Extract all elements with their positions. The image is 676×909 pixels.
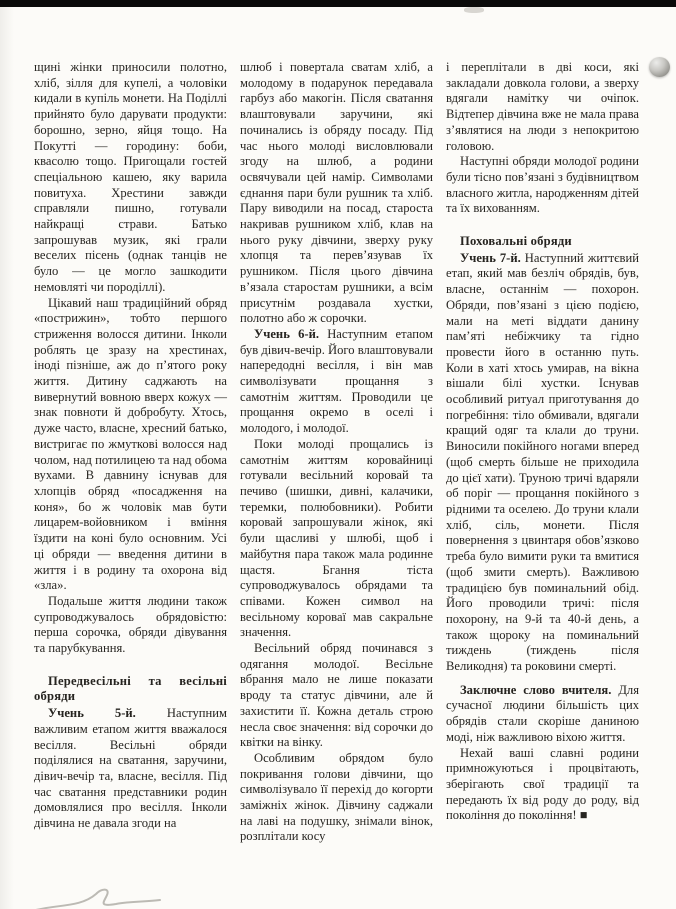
paragraph: Поки молоді прощались із самотнім життям… xyxy=(240,437,433,641)
paragraph-lead: Учень 6-й. xyxy=(254,327,319,341)
section-heading: Передвесільні та весільні обряди xyxy=(34,674,227,705)
section-heading: Поховальні обряди xyxy=(446,234,639,250)
paragraph: Заключне слово вчителя. Для сучасної люд… xyxy=(446,683,639,746)
text-column-3: і переплітали в дві коси, які закладали … xyxy=(446,60,639,875)
paragraph: Весільний обряд починався з одягання мол… xyxy=(240,641,433,751)
pencil-mark xyxy=(28,885,178,909)
paragraph-lead: Заключне слово вчителя. xyxy=(460,683,611,697)
paragraph-lead: Учень 5-й. xyxy=(48,706,136,720)
paragraph: Учень 6-й. Наступним етапом був дівич-ве… xyxy=(240,327,433,437)
paragraph-lead: Учень 7-й. xyxy=(460,251,521,265)
sticker-ball xyxy=(649,57,670,77)
text-column-1: щині жінки приносили полотно, хліб, зілл… xyxy=(34,60,227,875)
scan-edge-shading xyxy=(0,0,14,909)
scan-top-bar xyxy=(0,0,676,7)
paragraph: Учень 5-й. Наступним важливим етапом жит… xyxy=(34,706,227,832)
paragraph: шлюб і повертала сватам хліб, а молодому… xyxy=(240,60,433,327)
paragraph: щині жінки приносили полотно, хліб, зілл… xyxy=(34,60,227,296)
paragraph: і переплітали в дві коси, які закладали … xyxy=(446,60,639,154)
paragraph: Наступні обряди молодої родини були тісн… xyxy=(446,154,639,217)
paragraph: Подальше життя людини також супроводжува… xyxy=(34,594,227,657)
scan-smudge xyxy=(464,7,484,13)
paragraph: Учень 7-й. Наступний життєвий етап, який… xyxy=(446,251,639,675)
text-column-2: шлюб і повертала сватам хліб, а молодому… xyxy=(240,60,433,875)
paragraph: Нехай ваші славні родини примножуються і… xyxy=(446,746,639,825)
page-body: щині жінки приносили полотно, хліб, зілл… xyxy=(34,60,639,875)
paragraph: Особливим обрядом було покривання голови… xyxy=(240,751,433,845)
paragraph: Цікавий наш традиційний обряд «пострижин… xyxy=(34,296,227,594)
scanned-book-page: { "page": { "background_color": "#fcfbf8… xyxy=(0,0,676,909)
